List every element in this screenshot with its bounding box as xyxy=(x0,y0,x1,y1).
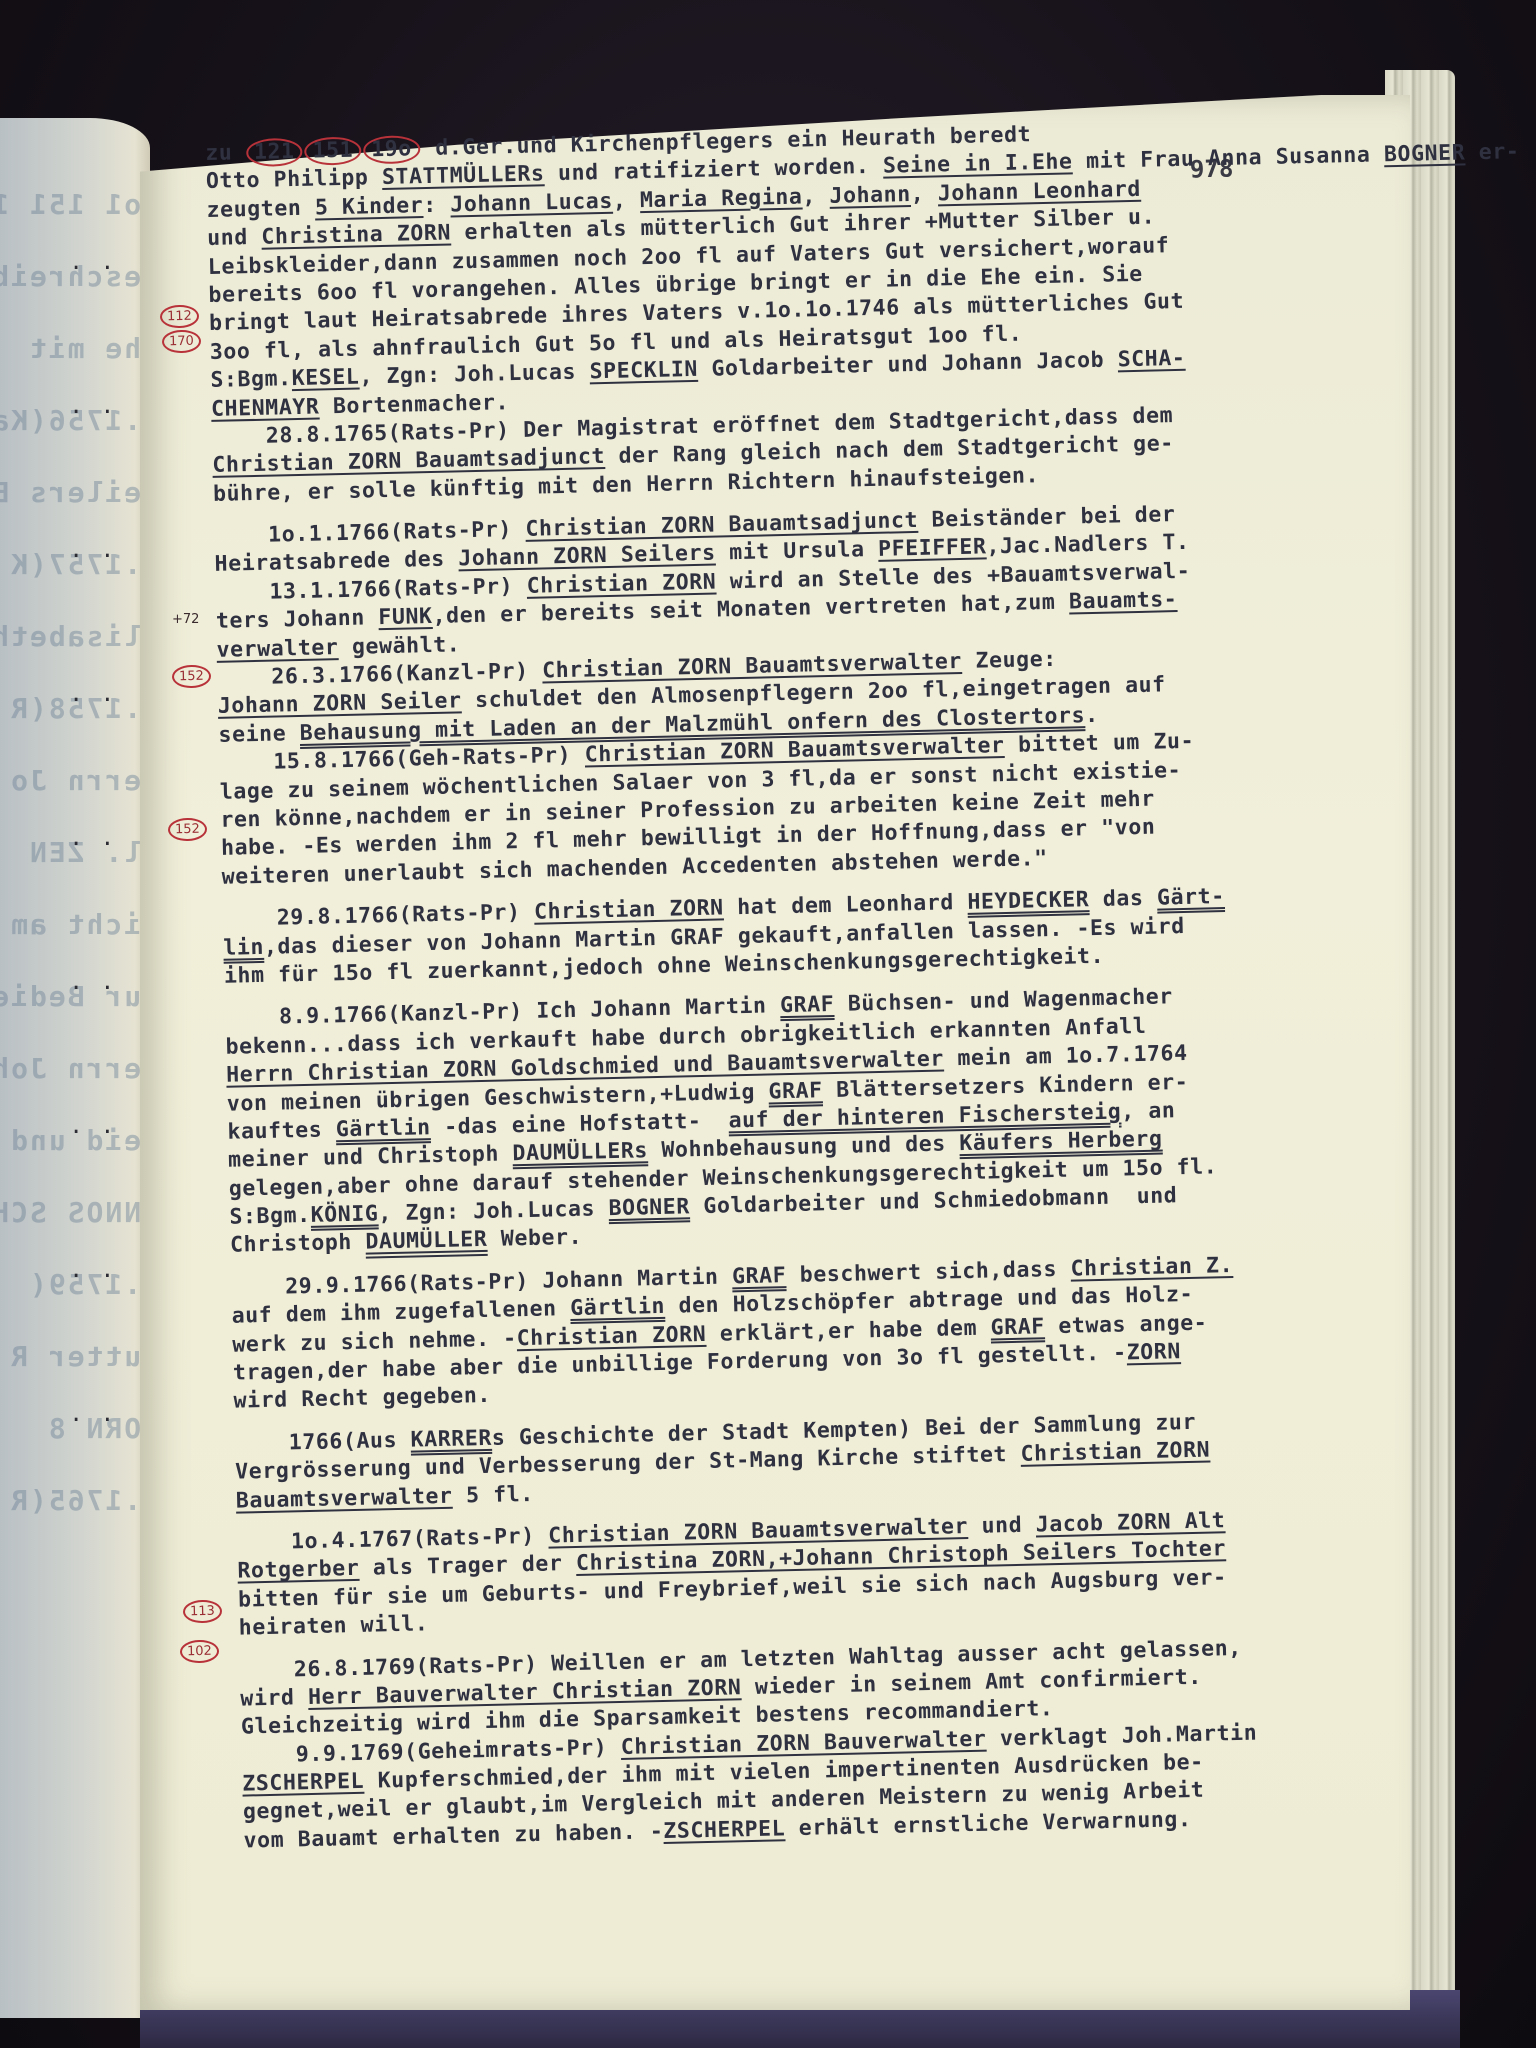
left-page-ghost-text: Ehe mit xyxy=(0,332,150,346)
left-page-ghost-text: Herrn Jo xyxy=(0,764,150,778)
left-page-dots: .. xyxy=(70,682,133,707)
left-page-dots: .. xyxy=(70,394,133,419)
left-page-dots: .. xyxy=(70,1402,133,1427)
left-page-dots: .. xyxy=(70,538,133,563)
left-page-ghost-text: nicht am 9.9 xyxy=(0,908,150,922)
left-page-ghost-text: Elisabeth ZOR xyxy=(0,620,150,634)
left-page-ghost-text: Seilers Ber xyxy=(0,476,150,490)
left-page-ghost-text: 1o1 151 19o xyxy=(0,188,150,202)
left-page-dots: .. xyxy=(70,250,133,275)
left-page-dots: .. xyxy=(70,970,133,995)
left-page-ghost-text: Mutter R xyxy=(0,1340,150,1354)
margin-note-plus-72: +72 xyxy=(172,612,199,627)
left-page-dots: .. xyxy=(70,826,133,851)
left-page-dots: .. xyxy=(70,1258,133,1283)
left-page: 1o1 151 19obeschreib..Ehe mit1.1756(Kanz… xyxy=(0,118,150,2018)
circled-ref: 19o xyxy=(363,135,420,164)
left-page-ghost-text: ANNOS SCH xyxy=(0,1196,150,1210)
left-page-dots: .. xyxy=(70,1114,133,1139)
typewritten-text: zu 12115119o d.Ger.und Kirchenpflegers e… xyxy=(205,113,1414,1855)
circled-ref: 121 xyxy=(246,138,303,167)
left-page-ghost-text: 1.1765(R xyxy=(0,1484,150,1498)
left-page-ghost-text: Herrn Joh xyxy=(0,1052,150,1066)
circled-ref: 151 xyxy=(304,136,361,165)
